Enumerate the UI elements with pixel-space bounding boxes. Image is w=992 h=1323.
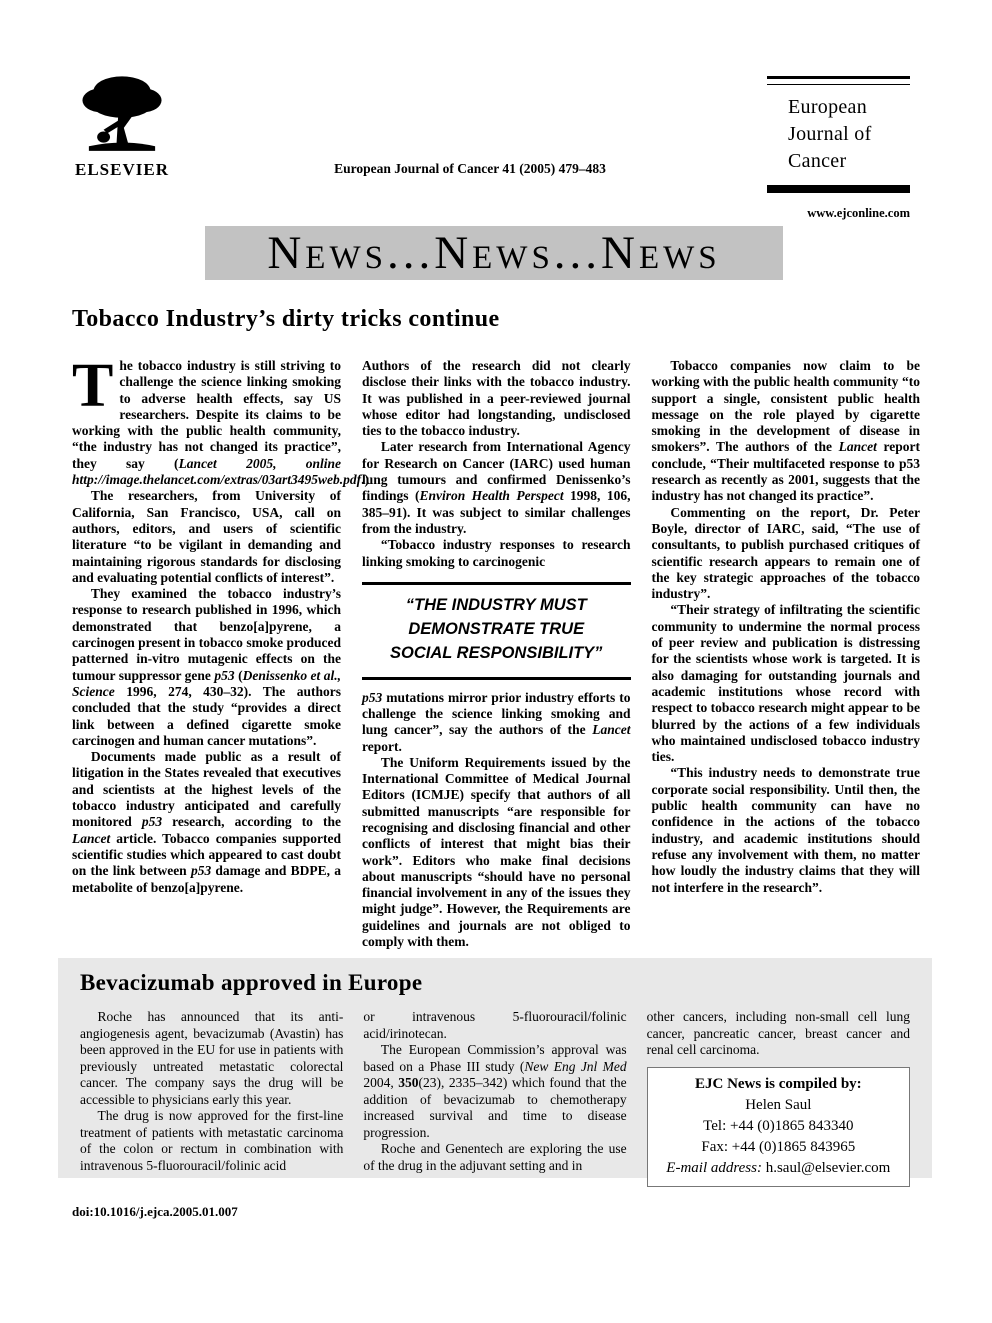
news-banner-text: News...News...News [267, 227, 720, 279]
pull-quote: “THE INDUSTRY MUST DEMONSTRATE TRUE SOCI… [362, 582, 631, 680]
journal-nameplate: European Journal of Cancer www.ejconline… [767, 76, 910, 221]
compiler-name: Helen Saul [652, 1095, 905, 1116]
paragraph: The European Commission’s approval was b… [363, 1042, 626, 1141]
journal-page: ELSEVIER European Journal of Cancer 41 (… [0, 0, 992, 1323]
paragraph: other cancers, including non-small cell … [647, 1009, 910, 1059]
paragraph: Later research from International Agency… [362, 439, 631, 537]
paragraph: Documents made public as a result of lit… [72, 749, 341, 896]
journal-name: European Journal of Cancer [767, 85, 910, 185]
paragraph: Authors of the research did not clearly … [362, 358, 631, 439]
journal-website-link[interactable]: www.ejconline.com [767, 206, 910, 221]
compiler-tel: Tel: +44 (0)1865 843340 [652, 1116, 905, 1137]
paragraph: “Tobacco industry responses to research … [362, 537, 631, 570]
compiler-email-line: E-mail address: h.saul@elsevier.com [652, 1158, 905, 1179]
email-label: E-mail address: [666, 1160, 762, 1176]
nameplate-top-rule [767, 76, 910, 85]
column-2: or intravenous 5-fluorouracil/folinic ac… [363, 1009, 626, 1187]
email-link[interactable]: h.saul@elsevier.com [762, 1160, 890, 1176]
paragraph: The drug is now approved for the first-l… [80, 1108, 343, 1174]
column-2: Authors of the research did not clearly … [362, 358, 631, 950]
paragraph: “Their strategy of infiltrating the scie… [652, 602, 921, 765]
elsevier-tree-icon [76, 72, 168, 158]
journal-name-line: Journal of [788, 121, 910, 148]
column-1: The tobacco industry is still striving t… [72, 358, 341, 950]
paragraph: The tobacco industry is still striving t… [72, 358, 341, 488]
tobacco-article-body: The tobacco industry is still striving t… [72, 358, 920, 950]
journal-name-line: Cancer [788, 148, 910, 175]
elsevier-logo: ELSEVIER [64, 72, 180, 180]
paragraph: Tobacco companies now claim to be workin… [652, 358, 921, 505]
column-3: other cancers, including non-small cell … [647, 1009, 910, 1187]
paragraph: The Uniform Requirements issued by the I… [362, 755, 631, 951]
paragraph: Commenting on the report, Dr. Peter Boyl… [652, 505, 921, 603]
journal-name-line: European [788, 94, 910, 121]
paragraph: Roche has announced that its anti-angiog… [80, 1009, 343, 1108]
bevacizumab-article-body: Roche has announced that its anti-angiog… [80, 1009, 910, 1187]
paragraph: Roche and Genentech are exploring the us… [363, 1141, 626, 1174]
drop-cap: T [72, 358, 119, 411]
column-3: Tobacco companies now claim to be workin… [652, 358, 921, 950]
article-title-bevacizumab: Bevacizumab approved in Europe [80, 970, 910, 996]
article-bevacizumab: Bevacizumab approved in Europe Roche has… [58, 958, 932, 1178]
paragraph: The researchers, from University of Cali… [72, 488, 341, 586]
compiler-fax: Fax: +44 (0)1865 843965 [652, 1137, 905, 1158]
paragraph: p53 mutations mirror prior industry effo… [362, 690, 631, 755]
nameplate-bottom-rule [767, 185, 910, 193]
paragraph: “This industry needs to demonstrate true… [652, 765, 921, 895]
publisher-name: ELSEVIER [64, 160, 180, 180]
paragraph: They examined the tobacco industry’s res… [72, 586, 341, 749]
ejc-box-title: EJC News is compiled by: [652, 1074, 905, 1095]
column-1: Roche has announced that its anti-angiog… [80, 1009, 343, 1187]
paragraph: or intravenous 5-fluorouracil/folinic ac… [363, 1009, 626, 1042]
ejc-news-contact-box: EJC News is compiled by: Helen Saul Tel:… [647, 1067, 910, 1187]
doi-text: doi:10.1016/j.ejca.2005.01.007 [72, 1204, 238, 1220]
news-banner: News...News...News [205, 226, 783, 280]
journal-citation: European Journal of Cancer 41 (2005) 479… [250, 161, 690, 177]
article-title-tobacco: Tobacco Industry’s dirty tricks continue [72, 306, 500, 333]
